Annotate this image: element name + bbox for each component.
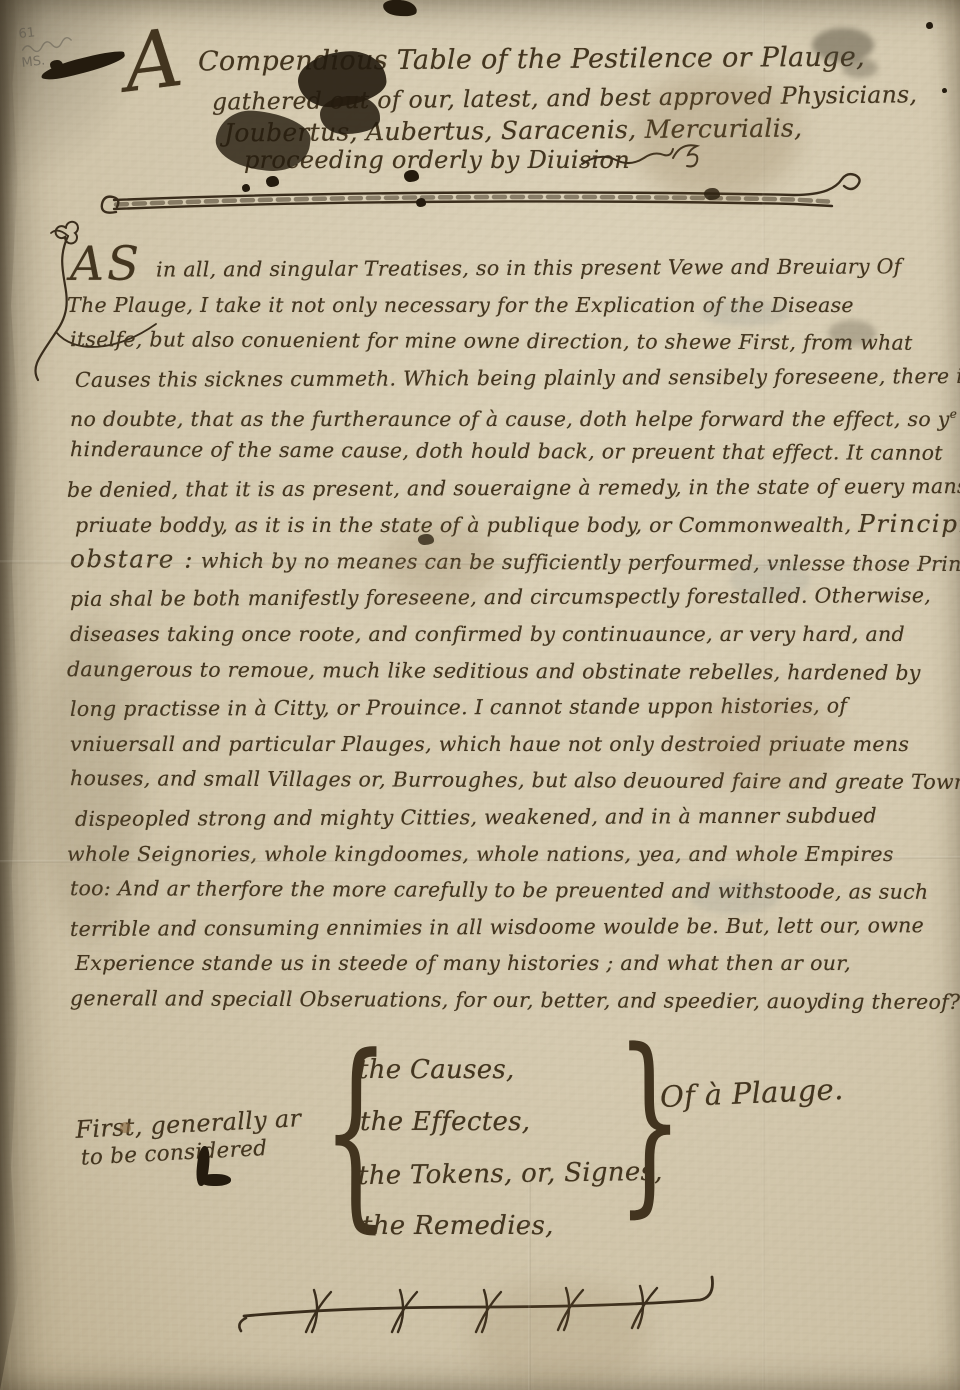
show-through-mark [690,880,780,914]
body-line: generall and speciall Obseruations, for … [70,980,946,1020]
body-line: hinderaunce of the same cause, doth houl… [70,431,946,471]
ink-blot [266,176,279,187]
stain [690,690,840,790]
ink-smudge [842,58,878,78]
right-brace-icon: } [616,1024,684,1220]
body-line: too: And ar therfore the more carefully … [70,870,946,910]
body-line: diseases taking once roote, and confirme… [70,616,946,653]
ink-blot [199,1174,231,1186]
ink-blot [320,96,380,134]
body-line: pia shal be both manifestly foreseene, a… [70,577,946,617]
ink-blot [942,88,947,93]
body-line: itselfe, but also conuenient for mine ow… [70,321,946,361]
main-paragraph: ASin all, and singular Treatises, so in … [70,250,946,1018]
ink-smudge [812,28,874,62]
fold-crease [762,0,765,1390]
body-line: priuate boddy, as it is in the state of … [75,506,946,543]
fold-crease [528,1180,531,1390]
stain [630,70,800,200]
diagram-result: Of à Plauge. [659,1072,844,1114]
ink-blot [50,60,63,70]
body-line: dispeopled strong and mighty Citties, we… [75,797,946,837]
ink-blot [382,0,418,18]
ink-blot [926,22,933,29]
ink-blot [416,198,426,207]
stain [470,1280,650,1390]
stain [40,620,140,940]
body-line: Experience stande us in steede of many h… [75,945,946,982]
body-line: Causes this sicknes cummeth. Which being… [75,358,946,398]
binding-edge [0,0,20,1390]
ink-blot [120,1122,131,1133]
manuscript-page: 61 MS. A Compendious Table of the Pestil… [0,0,960,1390]
paragraph-initial: AS [70,237,142,292]
body-line: daungerous to remoue, much like seditiou… [67,651,946,691]
diagram-label: First, generally ar to be considered [75,1104,304,1171]
body-line: be denied, that it is as present, and so… [67,468,946,508]
ink-blot [242,184,250,192]
superscript-e: e [950,407,957,421]
body-line: terrible and consuming ennimies in all w… [70,907,946,947]
title-initial: A [119,11,188,110]
latin-emphasis: Principijs [858,509,960,538]
body-line: whole Seignories, whole kingdoomes, whol… [67,836,946,873]
body-line: The Plauge, I take it not only necessary… [67,287,946,324]
body-line: no doubte, that as the furtheraunce of à… [70,396,946,433]
stain [380,520,500,600]
show-through-mark [700,300,790,326]
latin-emphasis: obstare : [70,544,194,574]
body-line: ASin all, and singular Treatises, so in … [70,248,946,288]
ink-blot [404,170,419,182]
ink-smudge [828,320,876,346]
